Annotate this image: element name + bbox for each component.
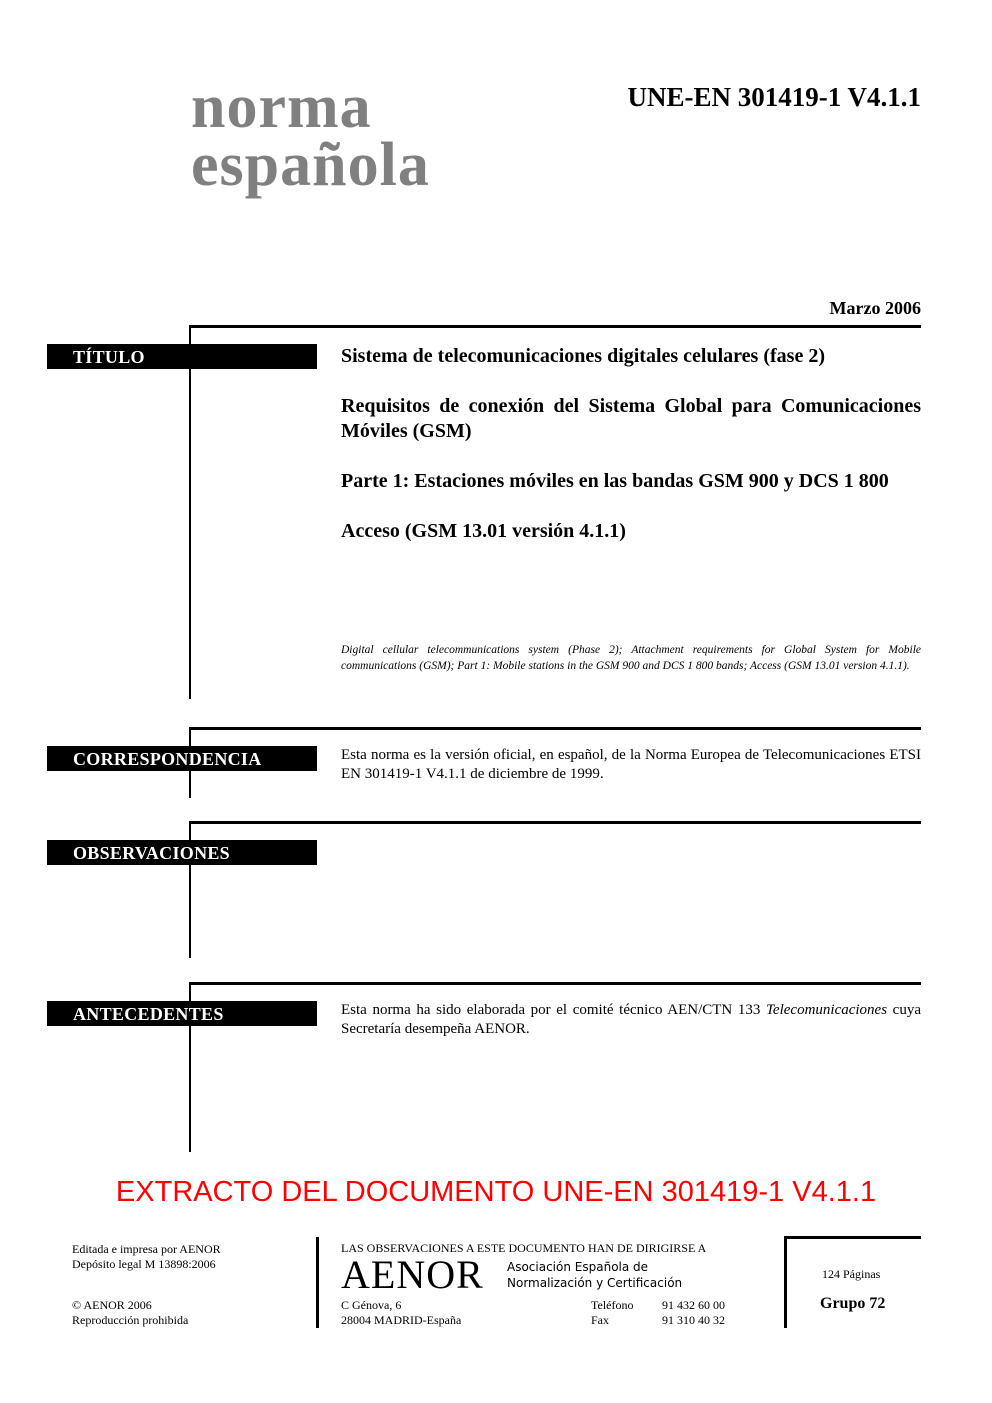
section-rule-titulo: [189, 325, 191, 699]
title-line-1: Sistema de telecomunicaciones digitales …: [341, 344, 921, 369]
title-line-4: Acceso (GSM 13.01 versión 4.1.1): [341, 519, 921, 544]
contact-labels: Teléfono Fax: [591, 1298, 633, 1328]
phone-label: Teléfono: [591, 1298, 633, 1313]
contact-values: 91 432 60 00 91 310 40 32: [662, 1298, 725, 1328]
antecedentes-text-start: Esta norma ha sido elaborada por el comi…: [341, 1002, 766, 1018]
title-line-2: Requisitos de conexión del Sistema Globa…: [341, 394, 921, 444]
publisher-line-1: Editada e impresa por AENOR: [72, 1242, 221, 1257]
org-line-1: Asociación Española de: [507, 1259, 682, 1275]
address: C Génova, 6 28004 MADRID-España: [341, 1298, 461, 1328]
phone-value: 91 432 60 00: [662, 1298, 725, 1313]
copyright-info: © AENOR 2006 Reproducción prohibida: [72, 1298, 188, 1328]
spanish-title: Sistema de telecomunicaciones digitales …: [341, 344, 921, 569]
aenor-logo: AENOR: [341, 1253, 484, 1297]
fax-value: 91 310 40 32: [662, 1313, 725, 1328]
info-box-left-rule: [784, 1236, 787, 1328]
address-line-2: 28004 MADRID-España: [341, 1313, 461, 1328]
correspondencia-text: Esta norma es la versión oficial, en esp…: [341, 746, 921, 784]
label-titulo: TÍTULO: [47, 344, 317, 369]
brand-line-2: española: [191, 136, 430, 194]
english-title: Digital cellular telecommunications syst…: [341, 643, 921, 674]
section-divider-antecedentes: [190, 982, 921, 985]
brand-line-1: norma: [191, 78, 430, 136]
price-group: Grupo 72: [820, 1295, 885, 1313]
copyright: © AENOR 2006: [72, 1298, 188, 1313]
antecedentes-committee-name: Telecomunicaciones: [766, 1002, 887, 1018]
title-line-3: Parte 1: Estaciones móviles en las banda…: [341, 469, 921, 494]
extract-watermark: EXTRACTO DEL DOCUMENTO UNE-EN 301419-1 V…: [0, 1175, 992, 1209]
reproduction-notice: Reproducción prohibida: [72, 1313, 188, 1328]
section-divider-observaciones: [190, 821, 921, 824]
section-divider-correspondencia: [190, 727, 921, 730]
publisher-info: Editada e impresa por AENOR Depósito leg…: [72, 1242, 221, 1272]
antecedentes-text: Esta norma ha sido elaborada por el comi…: [341, 1001, 921, 1039]
org-line-2: Normalización y Certificación: [507, 1275, 682, 1291]
fax-label: Fax: [591, 1313, 633, 1328]
page-count: 124 Páginas: [822, 1267, 880, 1282]
brand-title: norma española: [191, 78, 430, 194]
aenor-org-name: Asociación Española de Normalización y C…: [507, 1259, 682, 1291]
publisher-line-2: Depósito legal M 13898:2006: [72, 1257, 221, 1272]
label-correspondencia: CORRESPONDENCIA: [47, 746, 317, 771]
label-antecedentes: ANTECEDENTES: [47, 1001, 317, 1026]
section-divider-titulo: [190, 325, 921, 328]
footer-divider: [316, 1237, 319, 1328]
document-code: UNE-EN 301419-1 V4.1.1: [627, 82, 921, 113]
document-date: Marzo 2006: [830, 298, 921, 319]
address-line-1: C Génova, 6: [341, 1298, 461, 1313]
label-observaciones: OBSERVACIONES: [47, 840, 317, 865]
info-box-top-rule: [784, 1236, 921, 1239]
